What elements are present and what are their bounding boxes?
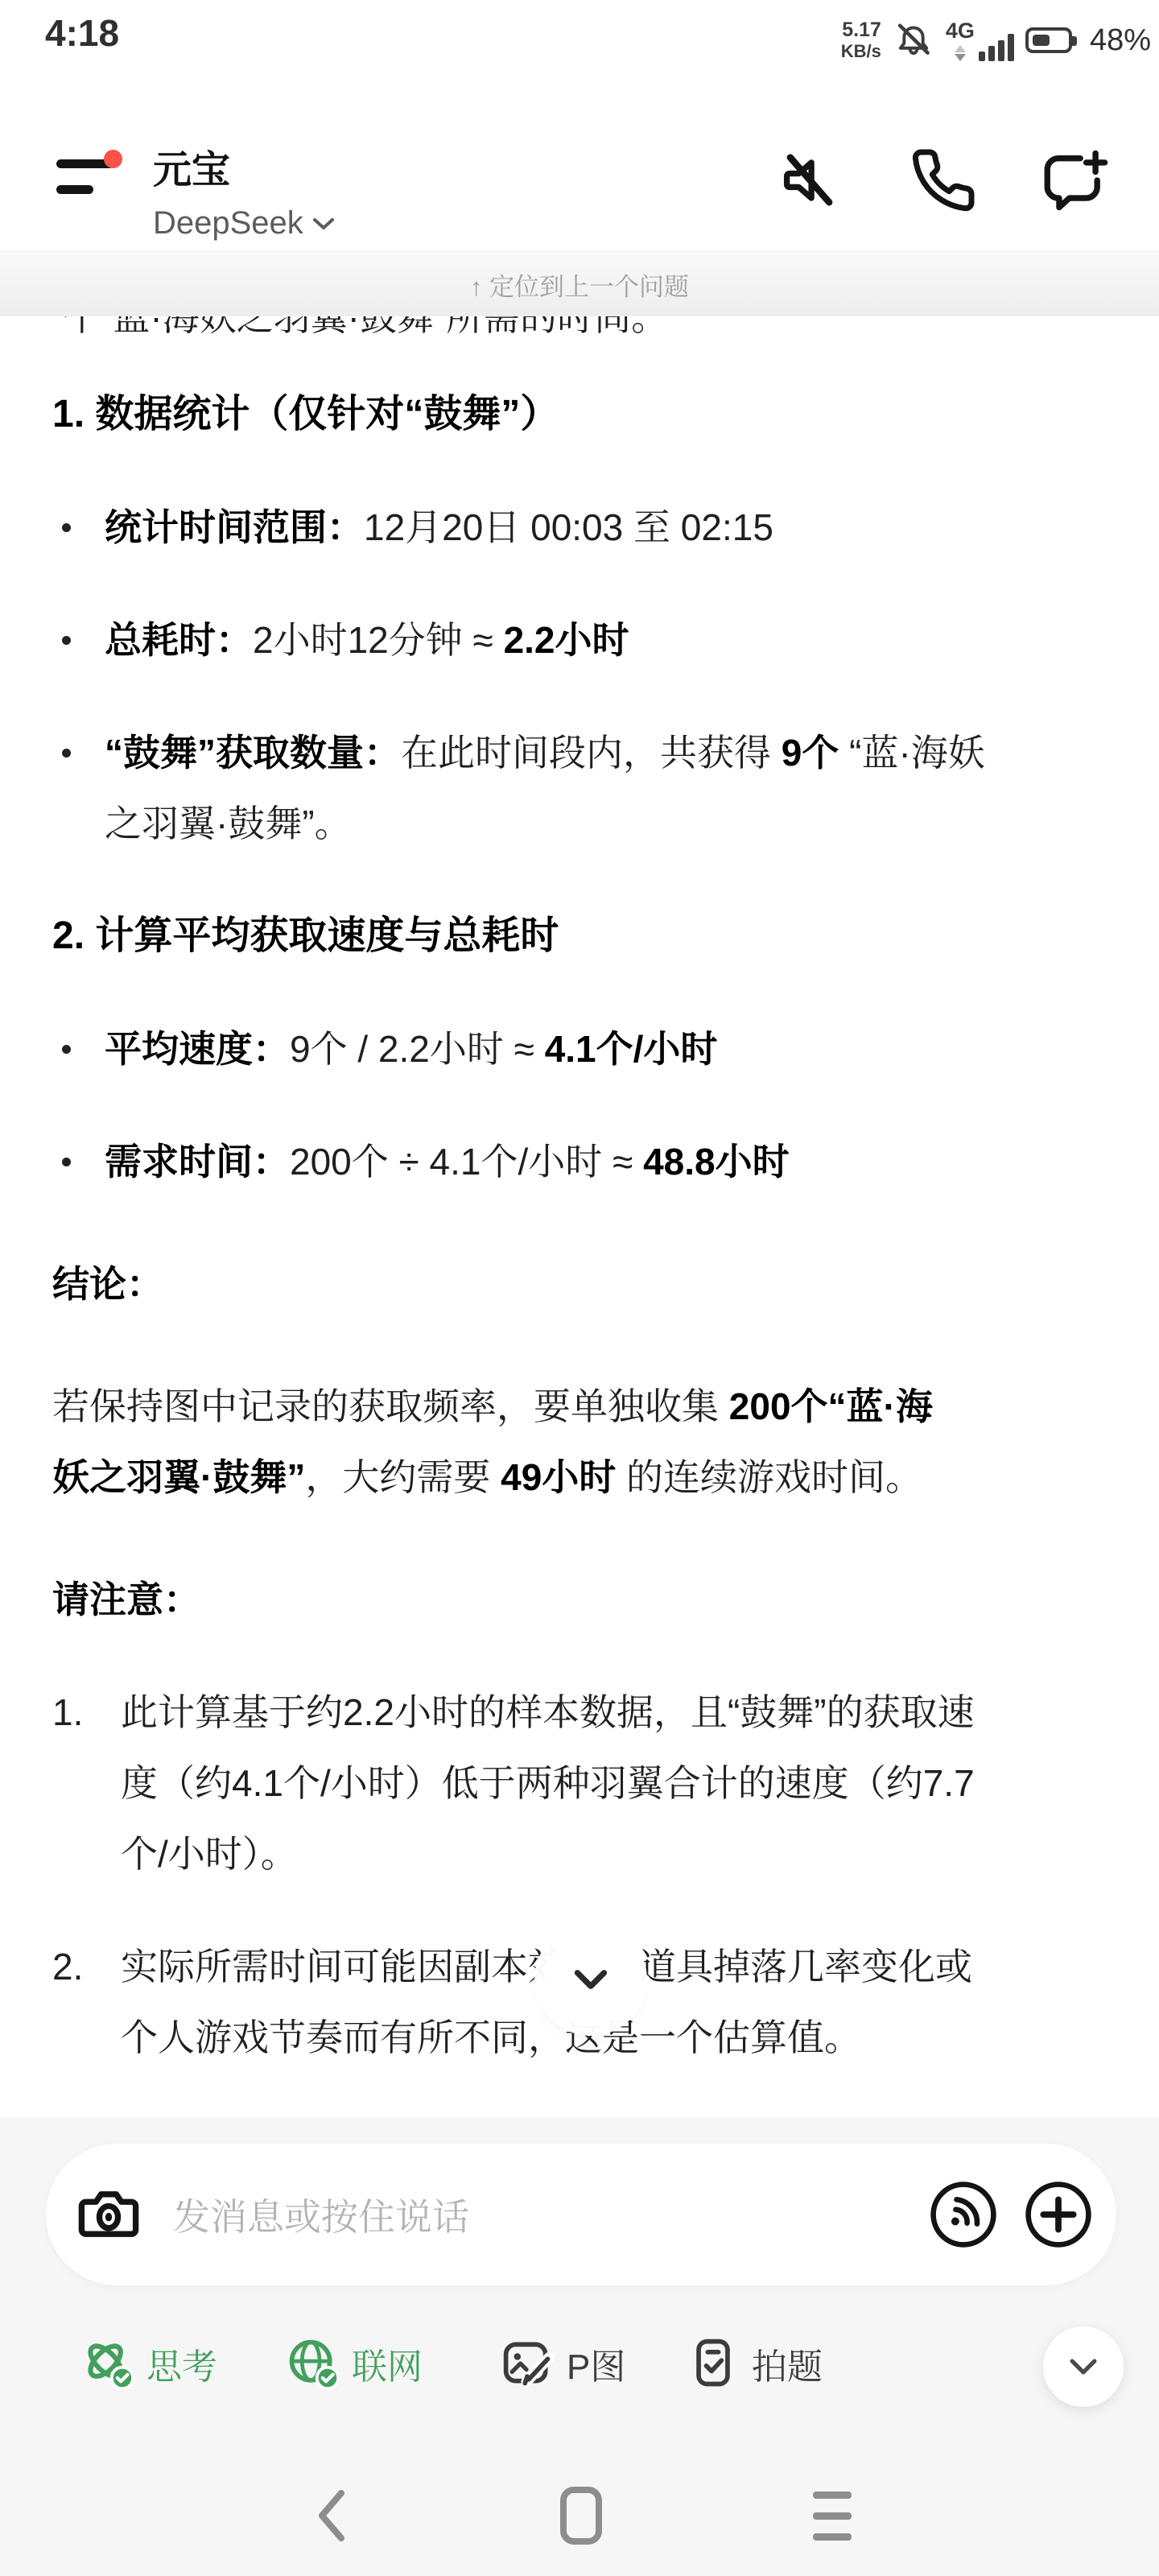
battery-icon: [1025, 27, 1072, 53]
clock: 4:18: [45, 11, 119, 55]
message-text: 需求时间：200个 ÷ 4.1个/小时 ≈ 48.8小时: [105, 1141, 790, 1183]
nav-back-button[interactable]: [309, 2485, 354, 2546]
battery-percent: 48%: [1090, 23, 1151, 58]
notification-dot: [104, 150, 122, 168]
traffic-arrows-icon: [955, 45, 966, 61]
chevron-down-icon: [311, 216, 336, 232]
collapse-toolbar-button[interactable]: [1043, 2326, 1124, 2407]
tool-photo-edit[interactable]: P图: [501, 2336, 625, 2391]
tool-label: 拍题: [752, 2338, 823, 2389]
tool-web-search[interactable]: 联网: [286, 2336, 423, 2391]
message-text: 此计算基于约2.2小时的样本数据，且“鼓舞”的获取速 度（约4.1个/小时）低于…: [121, 1691, 975, 1875]
mute-button[interactable]: [776, 147, 843, 214]
globe-icon: [286, 2336, 340, 2391]
bullet-dot: [62, 749, 71, 758]
assistant-message: 个“蓝·海妖之羽翼·鼓舞”所需的时间。1. 数据统计（仅针对“鼓舞”）统计时间范…: [0, 316, 1159, 2117]
android-nav-bar: [0, 2475, 1159, 2576]
deepseek-think-icon: [80, 2336, 135, 2391]
message-text: 实际所需时间可能因副本效率、道具掉落几率变化或 个人游戏节奏而有所不同，这是一个…: [121, 1946, 972, 2058]
phone-check-icon: [686, 2336, 740, 2391]
chevron-down-icon: [1062, 2346, 1104, 2388]
network-speed: 5.17 KB/s: [841, 20, 881, 60]
bullet-required-time: 需求时间：200个 ÷ 4.1个/小时 ≈ 48.8小时: [52, 1126, 1112, 1197]
tools-row: 思考 联网: [0, 2336, 1159, 2401]
bullet-time-range: 统计时间范围：12月20日 00:03 至 02:15: [52, 492, 1112, 563]
bell-muted-icon: [893, 19, 934, 61]
camera-button[interactable]: [75, 2181, 142, 2248]
status-icons: 5.17 KB/s 4G 48%: [841, 0, 1154, 80]
bullet-dot: [62, 1045, 71, 1054]
app-header: 元宝 DeepSeek: [0, 80, 1159, 251]
message-text: 个“蓝·海妖之羽翼·鼓舞”所需的时间。: [64, 316, 1112, 337]
bullet-average-speed: 平均速度：9个 / 2.2小时 ≈ 4.1个/小时: [52, 1013, 1112, 1084]
message-text: 请注意：: [52, 1579, 200, 1620]
scroll-down-button[interactable]: [545, 1934, 637, 2025]
nav-recents-button[interactable]: [810, 2485, 855, 2546]
conclusion-label: 结论：: [52, 1249, 1112, 1319]
tool-deep-think[interactable]: 思考: [80, 2336, 217, 2391]
locate-previous-question-bar[interactable]: ↑ 定位到上一个问题: [0, 251, 1159, 316]
call-button[interactable]: [909, 147, 977, 214]
message-text: 总耗时：2小时12分钟 ≈ 2.2小时: [105, 619, 629, 661]
message-text: 1. 数据统计（仅针对“鼓舞”）: [52, 393, 559, 436]
tool-label: 思考: [146, 2338, 217, 2389]
bottom-panel: 发消息或按住说话: [0, 2117, 1159, 2576]
message-text: “鼓舞”获取数量：在此时间段内，共获得 9个 “蓝·海妖 之羽翼·鼓舞”。: [105, 732, 985, 844]
new-chat-button[interactable]: [1043, 147, 1111, 214]
chevron-down-icon: [566, 1955, 616, 2004]
message-text: 结论：: [52, 1263, 163, 1305]
cell-signal: 4G: [946, 20, 1014, 61]
bullet-dot: [62, 636, 71, 645]
notice-label: 请注意：: [52, 1564, 1112, 1635]
bullet-dot: [62, 1158, 71, 1166]
model-selector[interactable]: DeepSeek: [153, 205, 336, 242]
note-item-1: 1.此计算基于约2.2小时的样本数据，且“鼓舞”的获取速 度（约4.1个/小时）…: [52, 1677, 1112, 1889]
status-bar: 4:18 5.17 KB/s 4G 48%: [0, 0, 1159, 80]
input-placeholder: 发消息或按住说话: [173, 2188, 928, 2241]
message-text: 统计时间范围：12月20日 00:03 至 02:15: [105, 506, 773, 548]
signal-bars-icon: [979, 34, 1014, 61]
list-number: 2.: [52, 1931, 83, 2002]
add-attachment-button[interactable]: [1023, 2179, 1094, 2250]
bullet-dot: [62, 523, 71, 532]
bullet-total-time: 总耗时：2小时12分钟 ≈ 2.2小时: [52, 605, 1112, 675]
clipped-line: 个“蓝·海妖之羽翼·鼓舞”所需的时间。: [52, 316, 1112, 337]
network-type: 4G: [946, 20, 975, 42]
voice-call-button[interactable]: [928, 2179, 999, 2250]
bullet-obtained-count: “鼓舞”获取数量：在此时间段内，共获得 9个 “蓝·海妖 之羽翼·鼓舞”。: [52, 717, 1112, 859]
tool-photo-solve[interactable]: 拍题: [686, 2336, 823, 2391]
list-number: 1.: [52, 1677, 83, 1748]
message-text: 若保持图中记录的获取频率，要单独收集 200个“蓝·海 妖之羽翼·鼓舞”，大约需…: [52, 1385, 933, 1498]
menu-button[interactable]: [56, 159, 119, 188]
photo-pen-icon: [501, 2336, 555, 2391]
section-heading-2: 2. 计算平均获取速度与总耗时: [52, 901, 1112, 972]
locate-previous-question-label: ↑ 定位到上一个问题: [470, 266, 689, 303]
message-text: 平均速度：9个 / 2.2小时 ≈ 4.1个/小时: [105, 1028, 717, 1070]
message-text: 2. 计算平均获取速度与总耗时: [52, 914, 559, 957]
message-input[interactable]: 发消息或按住说话: [46, 2144, 1116, 2285]
conclusion-paragraph: 若保持图中记录的获取频率，要单独收集 200个“蓝·海 妖之羽翼·鼓舞”，大约需…: [52, 1371, 1112, 1513]
tool-label: 联网: [352, 2338, 423, 2389]
section-heading-1: 1. 数据统计（仅针对“鼓舞”）: [52, 379, 1112, 450]
nav-home-button[interactable]: [559, 2485, 604, 2546]
tool-label: P图: [567, 2338, 625, 2389]
page-title: 元宝: [153, 138, 336, 194]
